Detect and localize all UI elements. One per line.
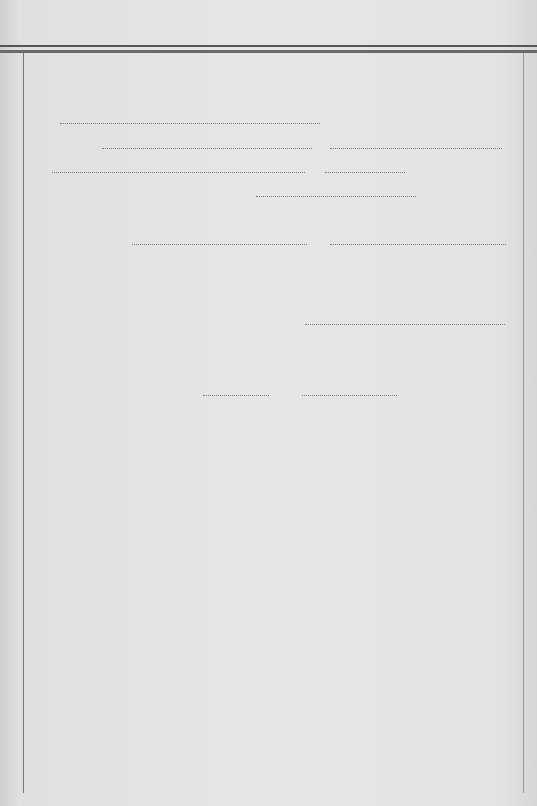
applicant-line xyxy=(60,123,320,124)
testimony-month-line xyxy=(302,395,397,396)
testimony-day-line xyxy=(203,395,269,396)
marriage-record-page xyxy=(0,0,537,806)
frame-border-left xyxy=(23,53,24,793)
groom-age-line xyxy=(330,148,502,149)
applicant-signature-line xyxy=(305,324,505,325)
bride-name-line xyxy=(52,172,305,173)
bride-age-line xyxy=(325,172,405,173)
header-rule-thick xyxy=(0,50,537,53)
frame-border-right xyxy=(523,53,524,793)
consent-line xyxy=(256,196,416,197)
bride-name-2-line xyxy=(330,244,506,245)
groom-name-line xyxy=(102,148,312,149)
groom-name-2-line xyxy=(132,244,307,245)
header-rule xyxy=(0,45,537,47)
